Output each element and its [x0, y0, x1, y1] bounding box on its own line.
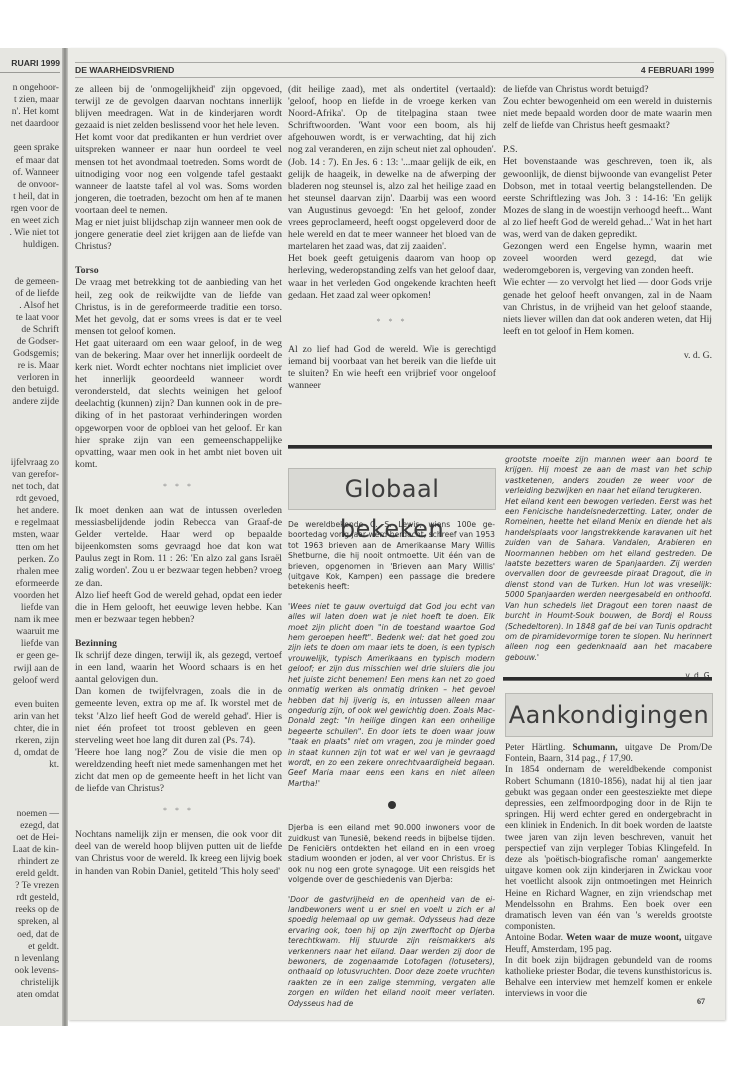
announcement-1-text: In 1854 ondernam de wereldbekende compon… [505, 765, 712, 933]
globaal-intro: De wereldbekende C. S. Lewis, wiens 100e… [288, 520, 495, 593]
paragraph: Het komt voor dat predikanten er hun ver… [75, 132, 282, 217]
left-page-column-fragment: n ongehoor- t zien, maar n'. Het komt ne… [0, 82, 59, 1001]
paragraph: Dan komen de twijfelvragen, zoals die in… [75, 686, 282, 746]
page-header: DE WAARHEIDSVRIEND 4 FEBRUARI 1999 [75, 62, 714, 78]
bullet-separator-icon [388, 801, 396, 809]
newspaper-page: DE WAARHEIDSVRIEND 4 FEBRUARI 1999 ze al… [68, 48, 725, 1020]
left-facing-page: RUARI 1999 n ongehoor- t zien, maar n'. … [0, 48, 62, 1026]
announcement-2-heading: Antoine Bodar. Weten waar de muze woont,… [505, 933, 712, 955]
paragraph: Nochtans namelijk zijn er mensen, die oo… [75, 829, 282, 877]
paragraph: Alzo lief heeft God de wereld gehad, op­… [75, 590, 282, 626]
djerba-quote-continued: grootste moeite zijn mannen weer aan boo… [505, 455, 712, 497]
left-page-header-date: RUARI 1999 [0, 58, 60, 73]
section-separator: * * * [288, 316, 496, 328]
djerba-quote: 'Door de gastvrijheid en de openheid van… [288, 895, 495, 1009]
publication-name: DE WAARHEIDSVRIEND [75, 63, 174, 77]
ps-label: P.S. [503, 144, 712, 156]
announcement-1-heading: Peter Härtling. Schumann, uitgave De Pro… [505, 743, 712, 765]
article-column-2: (dit heilige zaad), met als ondertitel (… [288, 84, 496, 392]
paragraph: De vraag met betrekking tot de aanbiedin… [75, 277, 282, 337]
paragraph: Zou echter bewogenheid om een wereld in … [503, 96, 712, 132]
paragraph: Mag er niet juist blijdschap zijn wannee… [75, 217, 282, 253]
author-signature: v. d. G. [503, 350, 712, 362]
paragraph: 'Heere hoe lang nog?' Zou de visie die m… [75, 747, 282, 795]
paragraph: Gezongen werd een Engelse hymn, waarin m… [503, 241, 712, 277]
section-divider-rule [288, 445, 712, 449]
paragraph: Al zo lief had God de wereld. Wie is ge­… [288, 344, 496, 392]
section-divider-rule [503, 677, 712, 681]
paragraph: ze alleen bij de 'onmogelijkheid' zijn o… [75, 84, 282, 132]
globaal-column-2: De wereldbekende C. S. Lewis, wiens 100e… [288, 520, 495, 1009]
section-separator: * * * [75, 805, 282, 817]
subheading-bezinning: Bezinning [75, 638, 282, 650]
paragraph: Ik moet denken aan wat de intussen over­… [75, 505, 282, 590]
subheading-torso: Torso [75, 265, 282, 277]
paragraph: (dit heilige zaad), met als ondertitel (… [288, 84, 496, 253]
djerba-quote-continued: Het eiland kent een bewogen verleden. Ee… [505, 497, 712, 664]
article-column-3: de liefde van Christus wordt betuigd? Zo… [503, 84, 712, 362]
djerba-intro: Djerba is een eiland met 90.000 inwoners… [288, 823, 495, 885]
announcements-column: Peter Härtling. Schumann, uitgave De Pro… [505, 743, 712, 1001]
paragraph: Het boek geeft getuigenis daarom van hoo… [288, 253, 496, 301]
book-title: Schumann, [573, 743, 618, 753]
paragraph: Ik schrijf deze dingen, terwijl ik, als … [75, 650, 282, 686]
section-title-globaal-bekeken: Globaal bekeken [288, 468, 496, 510]
book-title: Weten waar de muze woont, [566, 933, 681, 943]
paragraph: Het gaat uiteraard om een waar geloof, i… [75, 338, 282, 471]
lewis-quote: 'Wees niet te gauw overtuigd dat God jou… [288, 602, 495, 789]
paragraph: Wie echter — zo vervolgt het lied — door… [503, 277, 712, 337]
announcement-2-text: In dit boek zijn bijdragen gebundeld van… [505, 956, 712, 1001]
globaal-column-3: grootste moeite zijn mannen weer aan boo… [505, 455, 712, 682]
paragraph: Het bovenstaande was geschreven, toen ik… [503, 156, 712, 241]
page-number: 67 [697, 997, 705, 1006]
paragraph: de liefde van Christus wordt betuigd? [503, 84, 712, 96]
issue-date: 4 FEBRUARI 1999 [641, 63, 714, 77]
section-separator: * * * [75, 481, 282, 493]
article-column-1: ze alleen bij de 'onmogelijkheid' zijn o… [75, 84, 282, 878]
section-title-aankondigingen: Aankondigingen [505, 693, 713, 737]
